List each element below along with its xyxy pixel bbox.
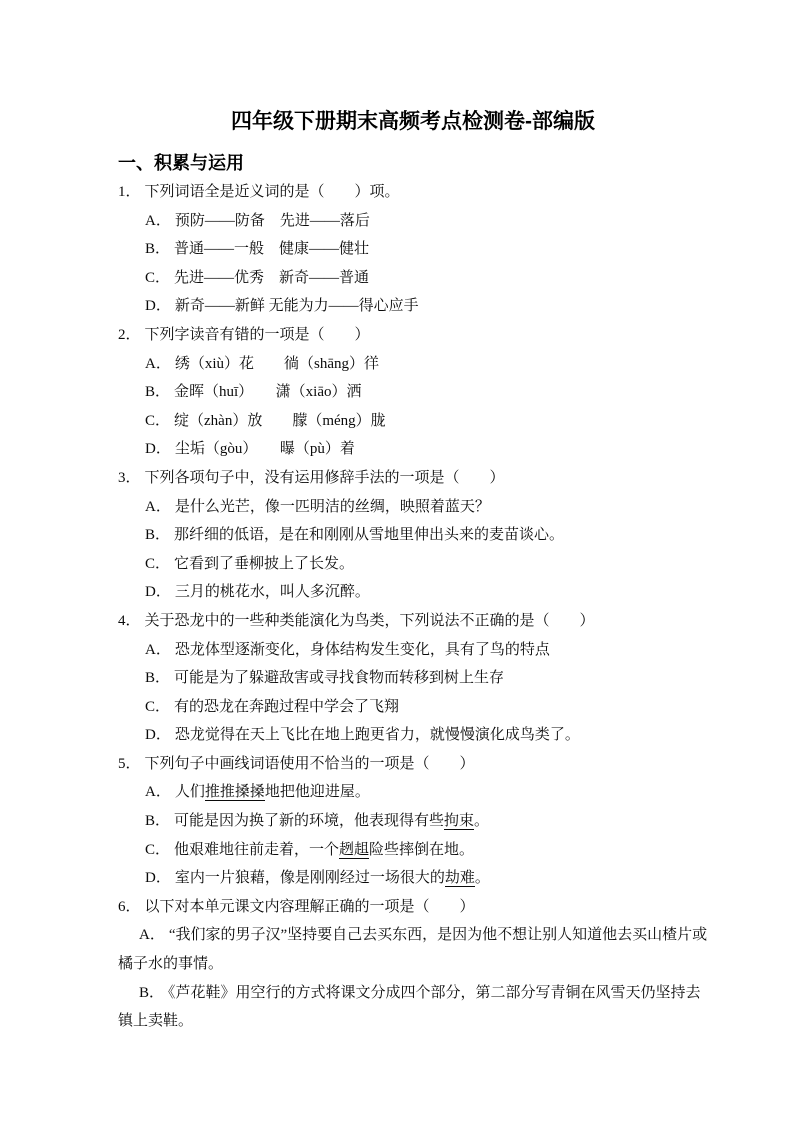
question-stem-text: 关于恐龙中的一些种类能演化为鸟类，下列说法不正确的是（ ） [145, 613, 595, 629]
option-text: 。 [474, 813, 489, 829]
option-label: A． [145, 784, 171, 800]
question-stem-text: 下列字读音有错的一项是（ ） [145, 327, 370, 343]
question-stem-text: 下列词语全是近义词的是（ ）项。 [145, 184, 400, 200]
option-label: C． [145, 842, 170, 858]
page-title: 四年级下册期末高频考点检测卷-部编版 [118, 0, 708, 138]
question-number: 3． [118, 470, 141, 486]
option-label: A． [145, 356, 171, 372]
option-text: 《芦花鞋》用空行的方式将课文分成四个部分，第二部分写青铜在风雪天仍坚持去镇上卖鞋… [118, 985, 701, 1030]
option-text: 险些摔倒在地。 [369, 842, 474, 858]
option-label: C． [145, 413, 170, 429]
question-number: 5． [118, 756, 141, 772]
option-text: 三月的桃花水，叫人多沉醉。 [175, 584, 370, 600]
option-label: C． [145, 270, 170, 286]
underlined-word: 劫难 [445, 870, 475, 887]
option-row: B．可能是为了躲避敌害或寻找食物而转移到树上生存 [145, 664, 708, 693]
option-row: A．是什么光芒，像一匹明洁的丝绸，映照着蓝天？ [145, 493, 708, 522]
question-stem: 4．关于恐龙中的一些种类能演化为鸟类，下列说法不正确的是（ ） [118, 607, 708, 636]
option-label: C． [145, 556, 170, 572]
underlined-word: 推推搡搡 [205, 784, 265, 801]
option-label: D． [145, 298, 171, 314]
option-text: 新奇——新鲜 无能为力——得心应手 [175, 298, 419, 314]
option-label: B． [145, 241, 170, 257]
question-stem: 5．下列句子中画线词语使用不恰当的一项是（ ） [118, 750, 708, 779]
option-label: B． [139, 985, 164, 1001]
option-text: 那纤细的低语，是在和刚刚从雪地里伸出头来的麦苗谈心。 [174, 527, 564, 543]
option-text: 他艰难地往前走着，一个 [174, 842, 339, 858]
option-label: A． [139, 927, 165, 943]
option-text: 。 [475, 870, 490, 886]
option-text: 尘垢（gòu） 曝（pù）着 [175, 441, 355, 457]
option-label: D． [145, 870, 171, 886]
option-label: D． [145, 584, 171, 600]
option-text: 普通——一般 健康——健壮 [174, 241, 369, 257]
question-block: 4．关于恐龙中的一些种类能演化为鸟类，下列说法不正确的是（ ）A．恐龙体型逐渐变… [118, 607, 708, 750]
option-row: C．绽（zhàn）放 朦（méng）胧 [145, 407, 708, 436]
option-text: 绣（xiù）花 徜（shāng）徉 [175, 356, 379, 372]
option-row: B．那纤细的低语，是在和刚刚从雪地里伸出头来的麦苗谈心。 [145, 521, 708, 550]
option-text: 恐龙觉得在天上飞比在地上跑更省力，就慢慢演化成鸟类了。 [175, 727, 580, 743]
underlined-word: 拘束 [444, 813, 474, 830]
option-label: D． [145, 441, 171, 457]
option-text: 先进——优秀 新奇——普通 [174, 270, 369, 286]
question-stem: 2．下列字读音有错的一项是（ ） [118, 321, 708, 350]
question-stem-text: 下列句子中画线词语使用不恰当的一项是（ ） [145, 756, 475, 772]
option-label: A． [145, 213, 171, 229]
option-row: C．他艰难地往前走着，一个趔趄险些摔倒在地。 [145, 836, 708, 865]
question-block: 1．下列词语全是近义词的是（ ）项。A．预防——防备 先进——落后B．普通——一… [118, 178, 708, 321]
question-stem: 3．下列各项句子中，没有运用修辞手法的一项是（ ） [118, 464, 708, 493]
option-row: C．它看到了垂柳披上了长发。 [145, 550, 708, 579]
question-stem: 6．以下对本单元课文内容理解正确的一项是（ ） [118, 893, 708, 922]
option-row: A．“我们家的男子汉”坚持要自己去买东西，是因为他不想让别人知道他去买山楂片或橘… [118, 921, 708, 978]
option-row: A．恐龙体型逐渐变化，身体结构发生变化，具有了鸟的特点 [145, 636, 708, 665]
option-row: A．绣（xiù）花 徜（shāng）徉 [145, 350, 708, 379]
option-row: A．人们推推搡搡地把他迎进屋。 [145, 778, 708, 807]
option-text: 可能是因为换了新的环境，他表现得有些 [174, 813, 444, 829]
option-row: C．有的恐龙在奔跑过程中学会了飞翔 [145, 693, 708, 722]
option-row: B．《芦花鞋》用空行的方式将课文分成四个部分，第二部分写青铜在风雪天仍坚持去镇上… [118, 979, 708, 1036]
question-number: 1． [118, 184, 141, 200]
option-row: D．尘垢（gòu） 曝（pù）着 [145, 435, 708, 464]
option-text: 是什么光芒，像一匹明洁的丝绸，映照着蓝天？ [175, 499, 490, 515]
question-block: 5．下列句子中画线词语使用不恰当的一项是（ ）A．人们推推搡搡地把他迎进屋。B．… [118, 750, 708, 893]
option-label: A． [145, 499, 171, 515]
question-stem: 1．下列词语全是近义词的是（ ）项。 [118, 178, 708, 207]
option-row: A．预防——防备 先进——落后 [145, 207, 708, 236]
option-text: 有的恐龙在奔跑过程中学会了飞翔 [174, 699, 399, 715]
question-stem-text: 下列各项句子中，没有运用修辞手法的一项是（ ） [145, 470, 505, 486]
option-row: D．三月的桃花水，叫人多沉醉。 [145, 578, 708, 607]
question-stem-text: 以下对本单元课文内容理解正确的一项是（ ） [145, 899, 475, 915]
option-label: B． [145, 384, 170, 400]
exam-page: 四年级下册期末高频考点检测卷-部编版 一、积累与运用 1．下列词语全是近义词的是… [0, 0, 793, 1122]
section-heading: 一、积累与运用 [118, 149, 708, 178]
underlined-word: 趔趄 [339, 842, 369, 859]
option-label: B． [145, 670, 170, 686]
option-row: B．可能是因为换了新的环境，他表现得有些拘束。 [145, 807, 708, 836]
option-text: 室内一片狼藉，像是刚刚经过一场很大的 [175, 870, 445, 886]
option-text: 它看到了垂柳披上了长发。 [174, 556, 354, 572]
option-text: 恐龙体型逐渐变化，身体结构发生变化，具有了鸟的特点 [175, 642, 550, 658]
option-label: B． [145, 527, 170, 543]
option-label: A． [145, 642, 171, 658]
option-row: D．恐龙觉得在天上飞比在地上跑更省力，就慢慢演化成鸟类了。 [145, 721, 708, 750]
option-row: B．普通——一般 健康——健壮 [145, 235, 708, 264]
questions-list: 1．下列词语全是近义词的是（ ）项。A．预防——防备 先进——落后B．普通——一… [118, 178, 708, 1036]
option-row: D．室内一片狼藉，像是刚刚经过一场很大的劫难。 [145, 864, 708, 893]
option-label: D． [145, 727, 171, 743]
option-row: B．金晖（huī） 潇（xiāo）洒 [145, 378, 708, 407]
question-block: 3．下列各项句子中，没有运用修辞手法的一项是（ ）A．是什么光芒，像一匹明洁的丝… [118, 464, 708, 607]
question-number: 6． [118, 899, 141, 915]
question-block: 6．以下对本单元课文内容理解正确的一项是（ ）A．“我们家的男子汉”坚持要自己去… [118, 893, 708, 1036]
option-text: 可能是为了躲避敌害或寻找食物而转移到树上生存 [174, 670, 504, 686]
option-text: 金晖（huī） 潇（xiāo）洒 [174, 384, 362, 400]
option-text: “我们家的男子汉”坚持要自己去买东西，是因为他不想让别人知道他去买山楂片或橘子水… [118, 927, 707, 972]
option-label: C． [145, 699, 170, 715]
option-text: 绽（zhàn）放 朦（méng）胧 [174, 413, 386, 429]
option-label: B． [145, 813, 170, 829]
option-row: C．先进——优秀 新奇——普通 [145, 264, 708, 293]
option-text: 预防——防备 先进——落后 [175, 213, 370, 229]
question-number: 2． [118, 327, 141, 343]
option-text: 地把他迎进屋。 [265, 784, 370, 800]
question-block: 2．下列字读音有错的一项是（ ）A．绣（xiù）花 徜（shāng）徉B．金晖（… [118, 321, 708, 464]
option-row: D．新奇——新鲜 无能为力——得心应手 [145, 292, 708, 321]
question-number: 4． [118, 613, 141, 629]
option-text: 人们 [175, 784, 205, 800]
